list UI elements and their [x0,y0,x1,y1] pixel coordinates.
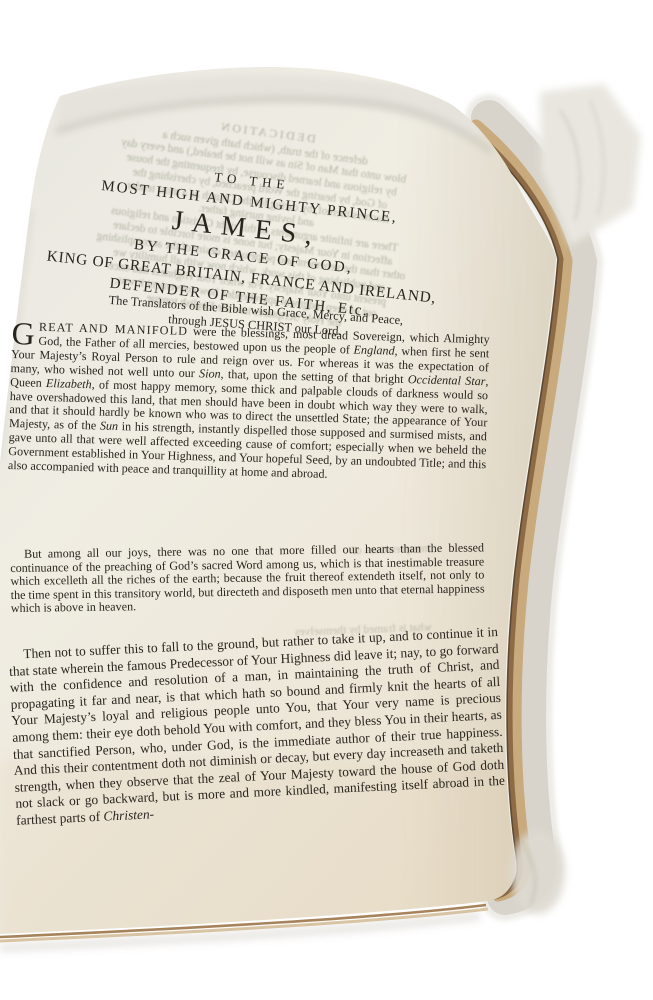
drop-cap: G [11,320,39,347]
plastic-crinkle-bottom [511,830,565,914]
paragraph-great-and-manifold: GREAT AND MANIFOLD were the blessings, m… [8,320,490,486]
paragraph-but-among-all-our-joys: But among all our joys, there was no one… [10,541,485,615]
paragraph-then-not-to-suffer: Then not to suffer this to fall to the g… [8,624,506,829]
book-photo: DEDICATION defence of the truth, (which … [0,0,653,1000]
